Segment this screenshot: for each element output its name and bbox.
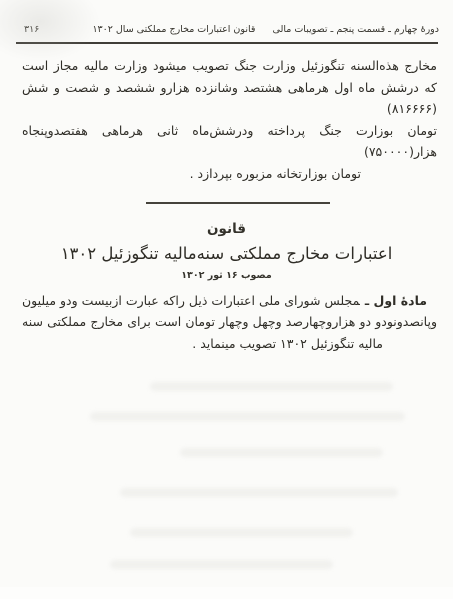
preamble-line: مخارج هذه‌السنه تنگوزئیل وزارت جنگ تصویب… (22, 55, 437, 77)
bleed-through-artifact (130, 528, 353, 537)
header-chapter-label: قانون اعتبارات مخارج مملکتی سال ۱۳۰۲ (92, 24, 255, 35)
article1-line: مالیه تنگوزئیل ۱۳۰۲ تصویب مینماید . (22, 333, 437, 355)
article1-lead-label: مادهٔ اول ـ (365, 293, 427, 308)
bleed-through-artifact (120, 488, 398, 497)
bleed-through-artifact (110, 560, 333, 569)
bleed-through-artifact (150, 382, 393, 391)
header-rule (16, 42, 438, 44)
scanned-document-page: دورهٔ چهارم ـ قسمت پنجم ـ تصویبات مالی ق… (0, 0, 453, 599)
article1-line-text: مجلس شورای ملی اعتبارات ذیل راکه عبارت ا… (22, 293, 360, 308)
section-divider-rule (146, 202, 330, 204)
preamble-line: که درشش ماه اول هرماهی هشتصد وشانزده هزا… (22, 77, 437, 120)
bleed-through-artifact (180, 448, 383, 457)
bleed-through-artifact (90, 412, 405, 421)
article1-line: وپانصدونودو دو هزاروچهارصد وچهل وچهار تو… (22, 311, 437, 333)
approval-date-line: مصوب ۱۶ ثور ۱۳۰۲ (0, 270, 453, 281)
preamble-paragraph: مخارج هذه‌السنه تنگوزئیل وزارت جنگ تصویب… (22, 55, 437, 185)
scan-edge-strip (0, 587, 453, 599)
law-main-heading: اعتبارات مخارج مملکتی سنه‌مالیه تنگوزئیل… (0, 244, 453, 263)
header-section-label: دورهٔ چهارم ـ قسمت پنجم ـ تصویبات مالی (273, 24, 439, 35)
page-number: ۳۱۶ (24, 24, 39, 35)
preamble-line: تومان بوزارتخانه مزبوره بپردازد . (22, 163, 437, 185)
article1-line: مادهٔ اول ـمجلس شورای ملی اعتبارات ذیل ر… (22, 290, 437, 312)
article1-paragraph: مادهٔ اول ـمجلس شورای ملی اعتبارات ذیل ر… (22, 290, 437, 355)
preamble-line: تومان بوزارت جنگ پرداخته ودرشش‌ماه ثانی … (22, 120, 437, 163)
law-word-title: قانون (0, 221, 453, 237)
running-header: دورهٔ چهارم ـ قسمت پنجم ـ تصویبات مالی ق… (0, 24, 453, 35)
